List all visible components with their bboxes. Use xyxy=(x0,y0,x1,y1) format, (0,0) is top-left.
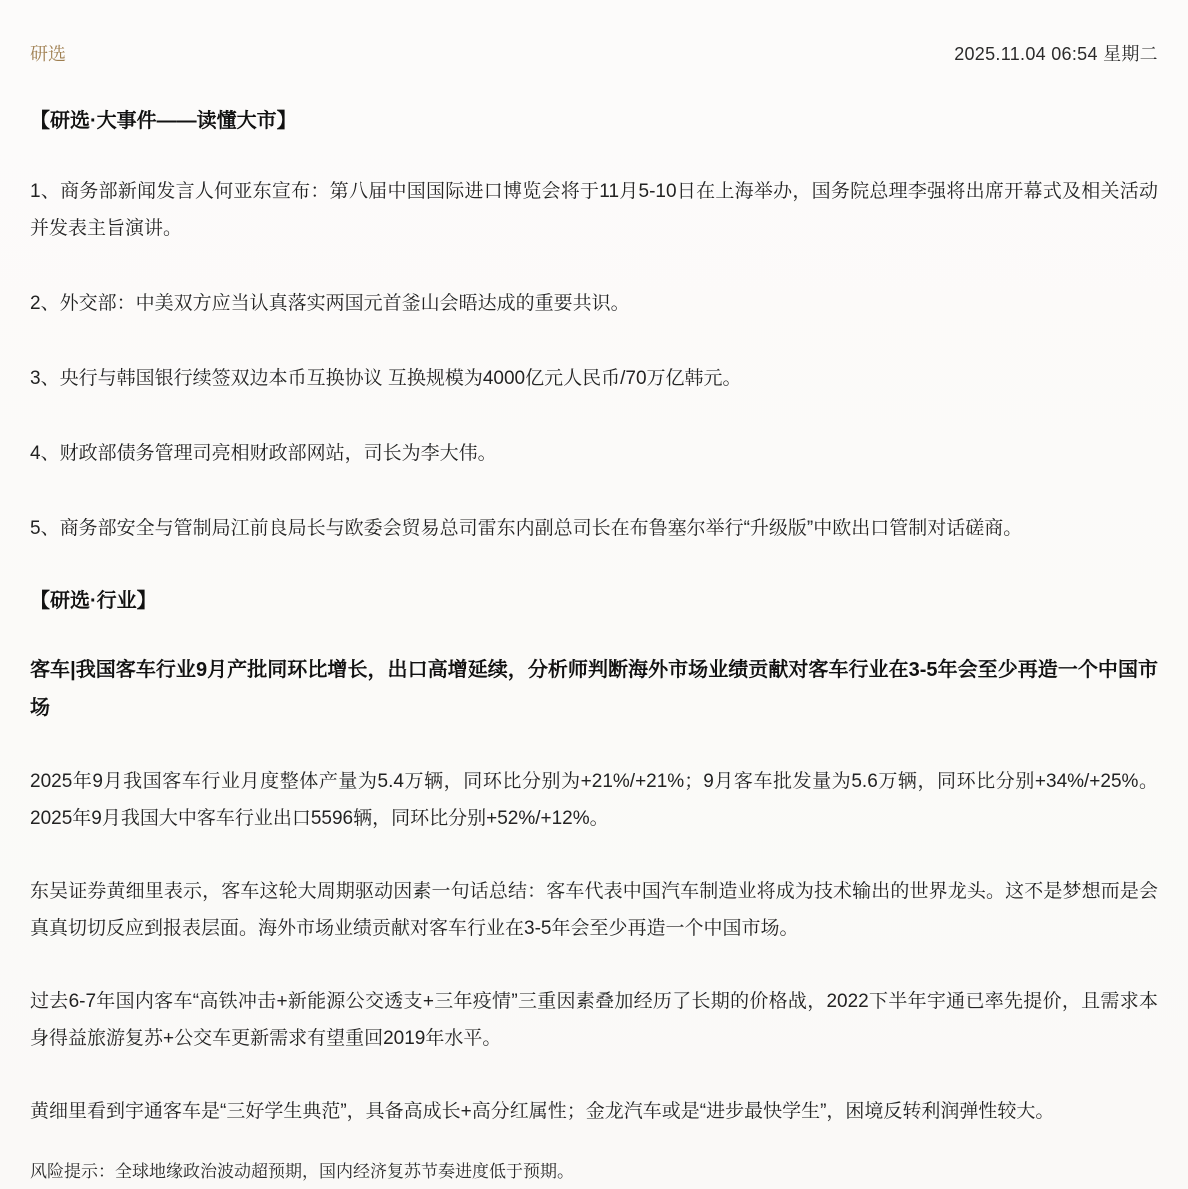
section-heading-industry: 【研选·行业】 xyxy=(30,587,1158,615)
brand-label[interactable]: 研选 xyxy=(30,42,66,67)
industry-paragraph-4: 黄细里看到宇通客车是“三好学生典范”，具备高成长+高分红属性；金龙汽车或是“进步… xyxy=(30,1093,1158,1130)
industry-paragraph-2: 东吴证券黄细里表示，客车这轮大周期驱动因素一句话总结：客车代表中国汽车制造业将成… xyxy=(30,873,1158,947)
news-item-1: 1、商务部新闻发言人何亚东宣布：第八届中国国际进口博览会将于11月5-10日在上… xyxy=(30,173,1158,247)
datetime-label: 2025.11.04 06:54 星期二 xyxy=(954,42,1158,67)
section-heading-big-events: 【研选·大事件——读懂大市】 xyxy=(30,107,1158,135)
page-header: 研选 2025.11.04 06:54 星期二 xyxy=(30,42,1158,67)
news-item-2: 2、外交部：中美双方应当认真落实两国元首釜山会晤达成的重要共识。 xyxy=(30,285,1158,322)
industry-paragraph-1: 2025年9月我国客车行业月度整体产量为5.4万辆，同环比分别为+21%/+21… xyxy=(30,763,1158,837)
news-item-5: 5、商务部安全与管制局江前良局长与欧委会贸易总司雷东内副总司长在布鲁塞尔举行“升… xyxy=(30,510,1158,547)
news-item-4: 4、财政部债务管理司亮相财政部网站，司长为李大伟。 xyxy=(30,435,1158,472)
industry-headline: 客车|我国客车行业9月产批同环比增长，出口高增延续，分析师判断海外市场业绩贡献对… xyxy=(30,651,1158,727)
newsletter-page: 研选 2025.11.04 06:54 星期二 【研选·大事件——读懂大市】 1… xyxy=(0,0,1188,1189)
risk-note: 风险提示：全球地缘政治波动超预期，国内经济复苏节奏进度低于预期。 xyxy=(30,1160,1158,1184)
news-item-3: 3、央行与韩国银行续签双边本币互换协议 互换规模为4000亿元人民币/70万亿韩… xyxy=(30,360,1158,397)
industry-paragraph-3: 过去6-7年国内客车“高铁冲击+新能源公交透支+三年疫情”三重因素叠加经历了长期… xyxy=(30,983,1158,1057)
